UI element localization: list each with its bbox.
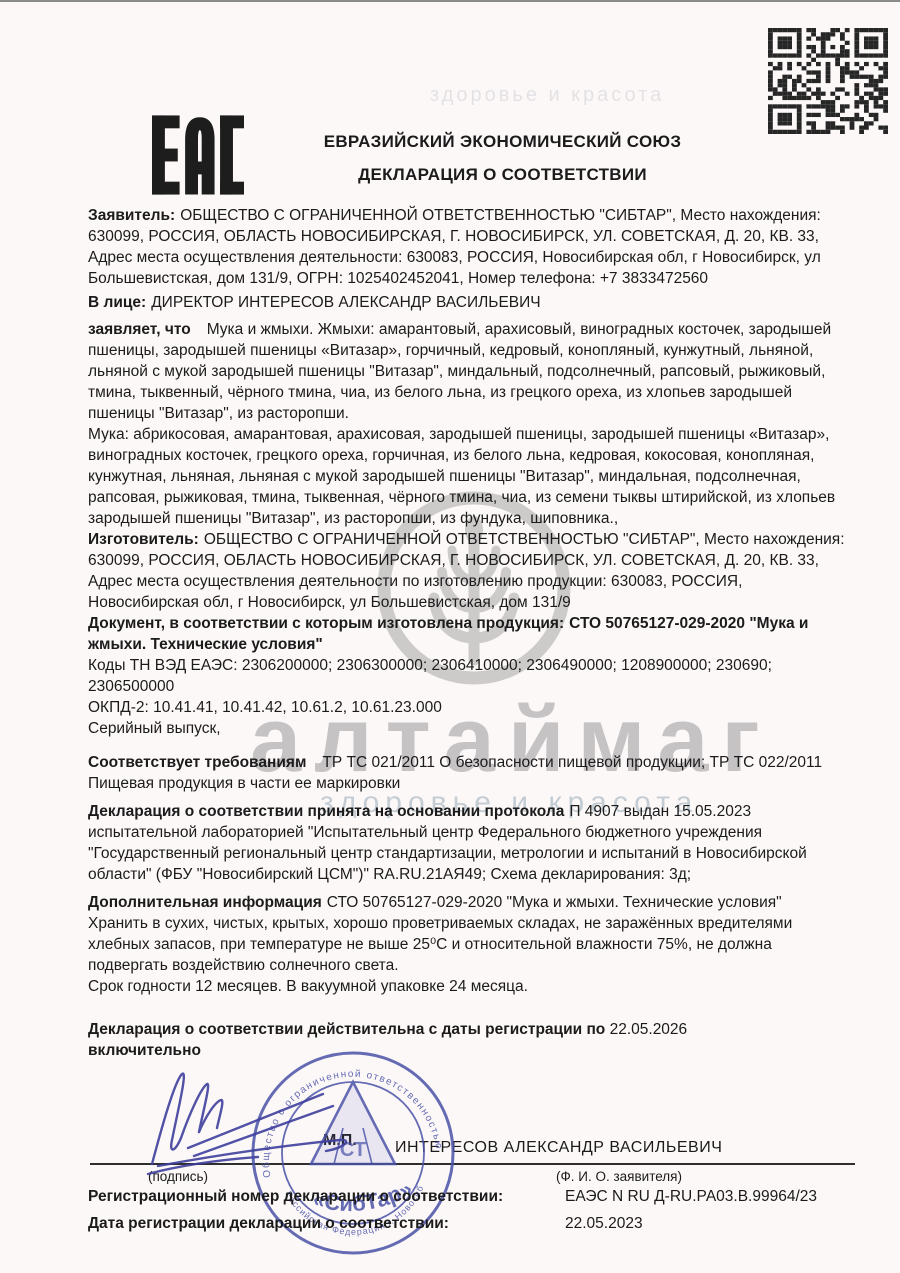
registration-date-row: Дата регистрации декларации о соответств…: [88, 1215, 856, 1233]
handwritten-signature: [118, 1060, 378, 1180]
additional-info-paragraph: Дополнительная информацияСТО 50765127-02…: [88, 892, 855, 997]
protocol-paragraph: Декларация о соответствии принята на осн…: [88, 801, 855, 885]
manufacturer-paragraph: Изготовитель:ОБЩЕСТВО С ОГРАНИЧЕННОЙ ОТВ…: [88, 529, 855, 613]
registration-number-value: ЕАЭС N RU Д-RU.РА03.В.99964/23: [565, 1188, 817, 1206]
declares-label: заявляет, что: [88, 321, 191, 338]
additional-info-text: СТО 50765127-029-2020 "Мука и жмыхи. Тех…: [327, 894, 782, 911]
document-body: Заявитель:ОБЩЕСТВО С ОГРАНИЧЕННОЙ ОТВЕТС…: [88, 205, 855, 1061]
person-paragraph: В лице:ДИРЕКТОР ИНТЕРЕСОВ АЛЕКСАНДР ВАСИ…: [88, 292, 855, 313]
okpd-codes-line: ОКПД-2: 10.41.41, 10.41.42, 10.61.2, 10.…: [88, 697, 855, 718]
declaration-document: здоровье и красота алтаймаг здоровье и к…: [0, 0, 900, 1273]
manufacturer-label: Изготовитель:: [88, 531, 199, 548]
fio-caption: (Ф. И. О. заявителя): [556, 1169, 682, 1184]
shelf-life-text: Срок годности 12 месяцев. В вакуумной уп…: [88, 976, 855, 997]
validity-suffix: включительно: [88, 1040, 855, 1061]
protocol-label: Декларация о соответствии принята на осн…: [88, 803, 564, 820]
declares-paragraph: заявляет, чтоМука и жмыхи. Жмыхи: амаран…: [88, 319, 855, 529]
applicant-text: ОБЩЕСТВО С ОГРАНИЧЕННОЙ ОТВЕТСТВЕННОСТЬЮ…: [88, 207, 821, 287]
validity-label: Декларация о соответствии действительна …: [88, 1021, 605, 1038]
validity-paragraph: Декларация о соответствии действительна …: [88, 1019, 855, 1061]
registration-number-row: Регистрационный номер декларации о соотв…: [88, 1188, 856, 1206]
registration-date-label: Дата регистрации декларации о соответств…: [88, 1215, 449, 1232]
applicant-label: Заявитель:: [88, 207, 175, 224]
manufacturer-text: ОБЩЕСТВО С ОГРАНИЧЕННОЙ ОТВЕТСТВЕННОСТЬЮ…: [88, 531, 845, 611]
product-document-label: Документ, в соответствии с которым изгот…: [88, 615, 564, 632]
declares-zhmyhi-text: Мука и жмыхи. Жмыхи: амарантовый, арахис…: [88, 321, 831, 422]
additional-info-label: Дополнительная информация: [88, 894, 322, 911]
qr-code: [768, 28, 888, 134]
complies-label: Соответствует требованиям: [88, 754, 306, 771]
watermark-tagline-top: здоровье и красота: [430, 84, 664, 107]
complies-paragraph: Соответствует требованиямТР ТС 021/2011 …: [88, 752, 855, 794]
person-text: ДИРЕКТОР ИНТЕРЕСОВ АЛЕКСАНДР ВАСИЛЬЕВИЧ: [151, 294, 540, 311]
person-label: В лице:: [88, 294, 146, 311]
tnved-codes-line: Коды ТН ВЭД ЕАЭС: 2306200000; 2306300000…: [88, 655, 855, 697]
storage-conditions-text: Хранить в сухих, чистых, крытых, хорошо …: [88, 913, 855, 976]
registration-number-label: Регистрационный номер декларации о соотв…: [88, 1188, 503, 1205]
declares-muka-text: Мука: абрикосовая, амарантовая, арахисов…: [88, 424, 855, 529]
registration-date-value: 22.05.2023: [565, 1215, 643, 1233]
union-title: ЕВРАЗИЙСКИЙ ЭКОНОМИЧЕСКИЙ СОЮЗ: [150, 132, 855, 152]
validity-date: 22.05.2026: [610, 1021, 688, 1038]
product-document-paragraph: Документ, в соответствии с которым изгот…: [88, 613, 855, 655]
applicant-paragraph: Заявитель:ОБЩЕСТВО С ОГРАНИЧЕННОЙ ОТВЕТС…: [88, 205, 855, 289]
serial-release-line: Серийный выпуск,: [88, 718, 855, 739]
document-title: ДЕКЛАРАЦИЯ О СООТВЕТСТВИИ: [150, 165, 855, 185]
